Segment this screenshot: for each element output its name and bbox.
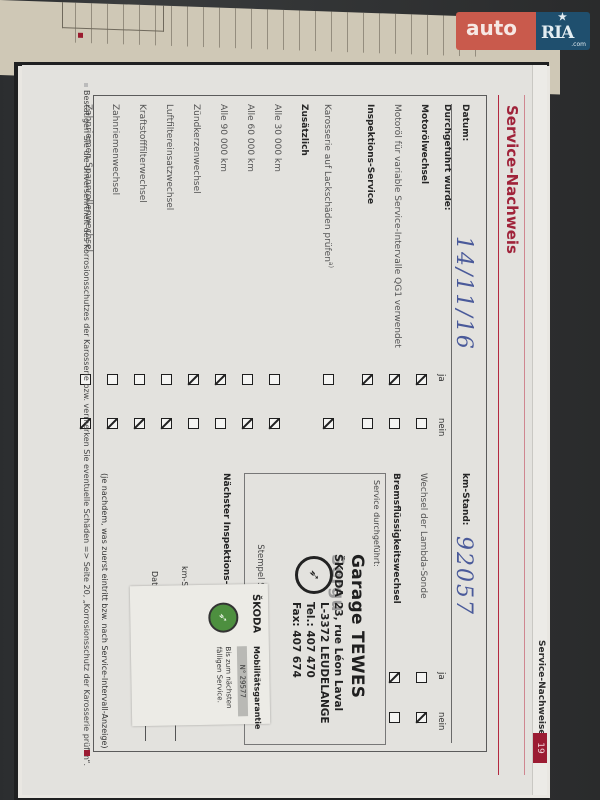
service-item-ja-checkbox[interactable] xyxy=(416,374,427,385)
outer-rule xyxy=(524,95,525,775)
service-item-label: Zündkerzenwechsel xyxy=(182,104,209,464)
service-item-ja-checkbox[interactable] xyxy=(215,374,226,385)
column-header-no: nein xyxy=(436,418,446,436)
service-item-ja-checkbox[interactable] xyxy=(362,374,373,385)
date-value: 14/11/16 xyxy=(451,236,476,351)
service-item-label: Kraftstofffilterwechsel xyxy=(128,104,155,464)
brake-fluid-no-checkbox[interactable] xyxy=(389,712,400,723)
service-item-ja-checkbox[interactable] xyxy=(323,374,334,385)
skoda-logo-icon: ➶ xyxy=(208,602,239,633)
watermark-ria: ★ RIA .com xyxy=(536,12,590,50)
service-item-ja-checkbox[interactable] xyxy=(134,374,145,385)
previous-page-box xyxy=(62,2,164,32)
service-item-nein-checkbox[interactable] xyxy=(161,418,172,429)
service-item-label: Motorölwechsel xyxy=(410,104,437,464)
service-item-ja-checkbox[interactable] xyxy=(161,374,172,385)
service-item-label: Karosserie auf Lackschäden prüfena) xyxy=(317,104,344,464)
service-item-label: Zahnriemenwechsel xyxy=(101,104,128,464)
sticker-number: N° 29577 xyxy=(237,646,248,716)
stamp-label: Service durchgeführt: xyxy=(372,480,381,567)
service-item-nein-checkbox[interactable] xyxy=(269,418,280,429)
service-item-nein-checkbox[interactable] xyxy=(362,418,373,429)
sticker-brand: ŠKODA xyxy=(250,594,262,633)
brake-fluid-label: Bremsflüssigkeitswechsel xyxy=(382,473,409,604)
service-item-label: Inspektions-Service xyxy=(356,104,383,464)
service-item-label: Zusätzlich xyxy=(290,104,317,464)
service-item-nein-checkbox[interactable] xyxy=(416,418,427,429)
service-item-ja-checkbox[interactable] xyxy=(242,374,253,385)
column-header-yes: ja xyxy=(436,374,446,382)
service-item-nein-checkbox[interactable] xyxy=(134,418,145,429)
brake-fluid-yes-checkbox[interactable] xyxy=(389,672,400,683)
service-item-label xyxy=(344,104,356,464)
page-title: Service-Nachweis xyxy=(503,105,521,254)
lambda-no-checkbox[interactable] xyxy=(416,712,427,723)
next-service-note: (je nachdem, was zuerst eintritt bzw. na… xyxy=(100,473,109,748)
mobility-guarantee-sticker: ŠKODA ➶ Mobilitätsgarantie N° 29577 Bis … xyxy=(130,584,270,726)
km-value: 92057 xyxy=(451,536,476,616)
section-tab-label: Service-Nachweise xyxy=(536,640,546,735)
service-item-label: Motoröl für variable Service-Intervalle … xyxy=(383,104,410,464)
right-column-header-no: nein xyxy=(436,712,446,730)
footnote: Bestätigen Sie die Unversehrtheit des Ko… xyxy=(82,90,91,766)
section-tab: Service-Nachweise 19 xyxy=(532,65,547,795)
service-item-nein-checkbox[interactable] xyxy=(188,418,199,429)
footnote-marker xyxy=(84,83,88,87)
service-item-label: Luftfiltereinsatzwechsel xyxy=(155,104,182,464)
service-item-ja-checkbox[interactable] xyxy=(389,374,400,385)
watermark-auto: auto xyxy=(456,12,536,50)
service-item-label: Alle 30 000 km xyxy=(263,104,290,464)
service-item-ja-checkbox[interactable] xyxy=(269,374,280,385)
title-rule xyxy=(498,95,499,775)
lambda-yes-checkbox[interactable] xyxy=(416,672,427,683)
sticker-note: Bis zum nächsten fälligen Service. xyxy=(214,646,233,708)
service-item-nein-checkbox[interactable] xyxy=(242,418,253,429)
service-item-nein-checkbox[interactable] xyxy=(389,418,400,429)
autoria-watermark: auto ★ RIA .com xyxy=(456,12,590,50)
service-item-nein-checkbox[interactable] xyxy=(215,418,226,429)
sticker-title: Mobilitätsgarantie xyxy=(252,646,262,730)
right-column-header-yes: ja xyxy=(436,672,446,680)
service-item-nein-checkbox[interactable] xyxy=(107,418,118,429)
star-icon: ★ xyxy=(558,12,567,23)
service-item-label: Alle 90 000 km xyxy=(209,104,236,464)
previous-page-marker xyxy=(78,33,83,38)
service-items-column: Datum: Durchgeführt wurde: Motorölwechse… xyxy=(74,104,478,464)
garage-address: 23, rue Léon Laval L-3372 LEUDELANGE Tel… xyxy=(289,602,345,724)
service-item-nein-checkbox[interactable] xyxy=(323,418,334,429)
stamp-brand: ŠKODA xyxy=(332,554,345,597)
skoda-logo-icon: ➶ xyxy=(295,556,333,594)
service-item-label: Alle 60 000 km xyxy=(236,104,263,464)
service-item-ja-checkbox[interactable] xyxy=(188,374,199,385)
page-number: 19 xyxy=(533,733,547,763)
service-booklet-page: Service-Nachweise 19 Service-Nachweis Da… xyxy=(22,65,547,795)
lambda-sensor-label: Wechsel der Lambda-Sonde xyxy=(409,473,436,599)
km-label: km-Stand: xyxy=(451,473,478,525)
service-item-ja-checkbox[interactable] xyxy=(107,374,118,385)
corner-marker xyxy=(84,750,90,756)
